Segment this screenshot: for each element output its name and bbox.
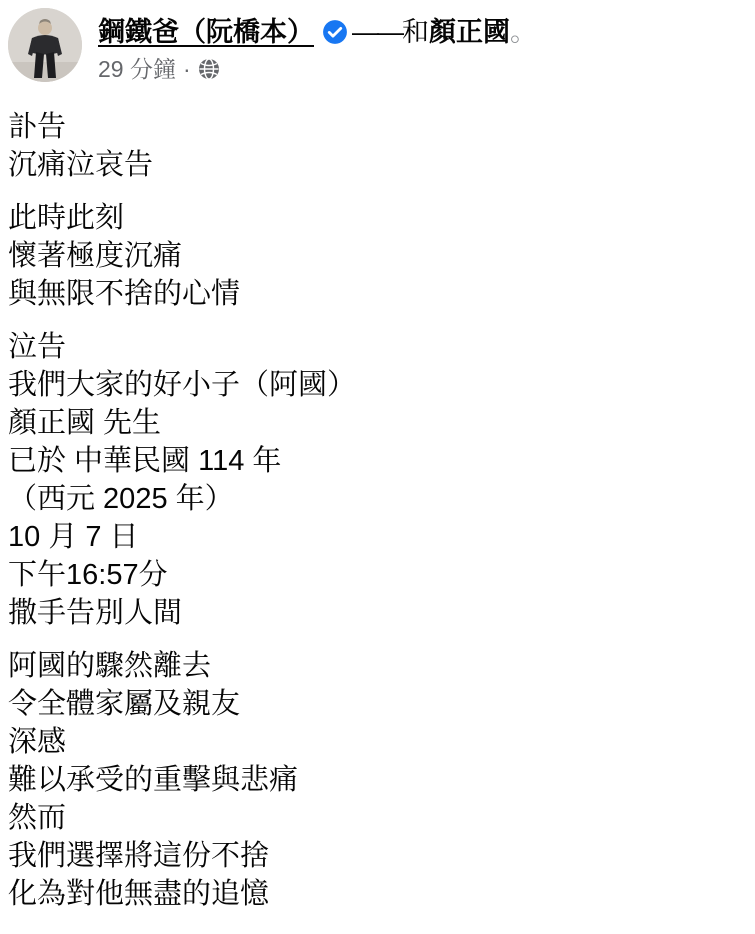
post-text-line: 懷著極度沉痛 (8, 237, 755, 275)
post-paragraph: 阿國的驟然離去令全體家屬及親友深感難以承受的重擊與悲痛然而我們選擇將這份不捨化為… (8, 647, 755, 913)
post-text-line: 然而 (8, 799, 755, 837)
post-text-line: 下午16:57分 (8, 556, 755, 594)
post-text-line: 與無限不捨的心情 (8, 275, 755, 313)
author-name-link[interactable]: 鋼鐵爸（阮橋本） (98, 14, 314, 50)
tagged-name-link[interactable]: 顏正國 (429, 14, 510, 50)
post-text-line: 令全體家屬及親友 (8, 685, 755, 723)
post-text-line: 我們選擇將這份不捨 (8, 837, 755, 875)
post-text-line: 化為對他無盡的追憶 (8, 875, 755, 913)
post-text-line: 已於 中華民國 114 年 (8, 442, 755, 480)
facebook-post: 鋼鐵爸（阮橋本） —— 和 顏正國 。 29 分鐘 · (0, 0, 755, 934)
avatar[interactable] (8, 8, 82, 82)
avatar-photo (8, 8, 82, 82)
post-text-line: 此時此刻 (8, 199, 755, 237)
post-header: 鋼鐵爸（阮橋本） —— 和 顏正國 。 29 分鐘 · (0, 0, 755, 84)
globe-icon (198, 58, 220, 80)
connector-dash: —— (352, 14, 402, 50)
post-text-line: 我們大家的好小子（阿國） (8, 366, 755, 404)
verified-badge-icon (322, 19, 348, 45)
post-text-line: 10 月 7 日 (8, 518, 755, 556)
name-row: 鋼鐵爸（阮橋本） —— 和 顏正國 。 (98, 14, 537, 50)
post-paragraph: 此時此刻懷著極度沉痛與無限不捨的心情 (8, 199, 755, 313)
post-text-line: 深感 (8, 723, 755, 761)
post-text-line: 泣告 (8, 328, 755, 366)
post-text-line: 沉痛泣哀告 (8, 146, 755, 184)
connector-word: 和 (402, 14, 429, 50)
post-paragraph: 訃告沉痛泣哀告 (8, 108, 755, 184)
post-text-line: 訃告 (8, 108, 755, 146)
post-text-line: （西元 2025 年） (8, 480, 755, 518)
meta-row: 29 分鐘 · (98, 54, 537, 84)
post-paragraph: 泣告我們大家的好小子（阿國）顏正國 先生已於 中華民國 114 年（西元 202… (8, 328, 755, 632)
post-body: 訃告沉痛泣哀告此時此刻懷著極度沉痛與無限不捨的心情泣告我們大家的好小子（阿國）顏… (0, 108, 755, 913)
post-text-line: 阿國的驟然離去 (8, 647, 755, 685)
post-text-line: 顏正國 先生 (8, 404, 755, 442)
dot-separator: · (183, 54, 191, 84)
sentence-end-mark: 。 (510, 14, 537, 50)
header-text: 鋼鐵爸（阮橋本） —— 和 顏正國 。 29 分鐘 · (98, 8, 537, 84)
timestamp[interactable]: 29 分鐘 (98, 54, 176, 84)
post-text-line: 撒手告別人間 (8, 594, 755, 632)
post-text-line: 難以承受的重擊與悲痛 (8, 761, 755, 799)
